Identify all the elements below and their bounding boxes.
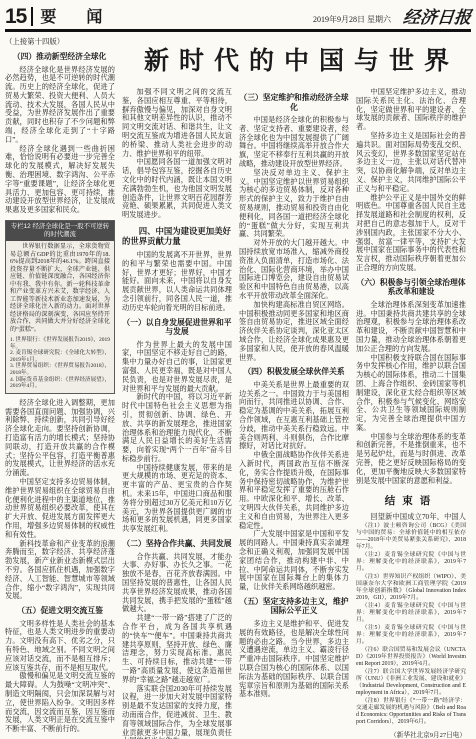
headline-zone: 新时代的中国与世界 加强不同文明之间的交流互鉴，各国应相互尊重、平等相待，摒弃傲… bbox=[122, 36, 471, 739]
paragraph: （注7）联合国大学世界发展经济学研究所（UNU）《非洲工业发展、建设和就业》（I… bbox=[356, 669, 466, 697]
paragraph: 全球治理体系深刻变革加速推进。中国秉持共商共建共享的全球治理观，积极参与全球治理… bbox=[356, 301, 466, 354]
sidebar-box: 专栏12 经济全球化是一股不可逆转的时代潮流 世界银行数据显示，全球货物贸易总额… bbox=[5, 220, 115, 394]
main-headline: 新时代的中国与世界 bbox=[122, 36, 471, 88]
column-2: 加强不同文明之间的交流互鉴，各国应相互尊重、平等相待，摒弃傲慢与偏见，加深对自身… bbox=[122, 88, 232, 739]
conclusion-heading: 结束语 bbox=[356, 493, 466, 508]
footnotes-list: （注1）波士顿咨询公司（BCG）《美国与中国的贸易：全球价值链中的相互依存——2… bbox=[356, 523, 466, 726]
paragraph: 合作共赢、共同发展，才能办大事、办好事、办长久之事。一花独放不是春，百花齐放春满… bbox=[122, 553, 232, 615]
paragraph: 新时代的中国，将以习近平新时代中国特色社会主义思想为指引，贯彻创新、协调、绿色、… bbox=[122, 393, 232, 463]
paragraph: 作为世界上最大的发展中国家，中国坚定不移走好自己的路，集中力量办好自己的事，让国… bbox=[122, 341, 232, 394]
paragraph: （注2）麦肯锡全球研究院《中国与世界：理解变化中的经济联系》，2019年7月。 bbox=[356, 552, 466, 573]
newspaper-masthead: 经济日报 bbox=[402, 9, 472, 27]
subsection-heading-4: （四）推动新型经济全球化 bbox=[5, 52, 115, 62]
paragraph: 经济全球化是世界经济发展的必然趋势，也是不可逆转的时代潮流。历史上的经济全球化，… bbox=[5, 66, 115, 145]
paragraph: 中国坚定维护多边主义，推动国际关系民主化、法治化、合理化，坚定做世界和平的建设者… bbox=[356, 88, 466, 132]
col3-paragraphs-b: 中美关系是世界上最重要的双边关系之一。中国致力于与美国相向而行，共同推进以协调、… bbox=[239, 381, 349, 592]
paragraph: 经济全球化进入调整期，更加需要各国直面问题、加强协调，兴利除弊、持续创新，共同引… bbox=[5, 399, 115, 478]
paragraph: 坚持多边主义是国际社会的普遍共识。面对国际局势变乱交织、风云变幻，世界多数国家坚… bbox=[356, 132, 466, 194]
subsection-heading-4-3: （三）坚定维护和推动经济全球化 bbox=[239, 93, 349, 112]
col2-paragraphs-c: 合作共赢、共同发展，才能办大事、办好事、办长久之事。一花独放不是春，百花齐放春满… bbox=[122, 553, 232, 739]
paragraph: 对外开放的大门越开越大。中国持续放宽市场准入，缩减外商投资准入负面清单，打造市场… bbox=[239, 239, 349, 301]
paragraph: 新科技革命和产业变革的浪潮奔腾而至，数字经济、共享经济蓬勃发展，新产业新业态新模… bbox=[5, 540, 115, 602]
paragraph: （注5）麦肯锡全球研究院《中国与世界：理解变化中的经济联系》，2019年7月。 bbox=[356, 625, 466, 646]
footnotes-block: （注1）波士顿咨询公司（BCG）《美国与中国的贸易：全球价值链中的相互依存——2… bbox=[356, 520, 466, 739]
paragraph: 坚决反对单边主义、保护主义。中国坚定维护以世界贸易组织为核心的多边贸易体制，反对… bbox=[239, 169, 349, 239]
paragraph: （注6）联合国贸易和发展会议（UNCTAD）《2019年世界投资报告》（Worl… bbox=[356, 647, 466, 668]
paragraph: 中国积极支持联合国在国际事务中发挥核心作用，维护以联合国为核心的国际体系，推动二… bbox=[356, 354, 466, 433]
publication-date: 2019年9月28日 星期六 bbox=[313, 15, 391, 27]
paragraph: （注1）波士顿咨询公司（BCG）《美国与中国的贸易：全球价值链中的相互依存——2… bbox=[356, 523, 466, 551]
paragraph: （注3）世界知识产权组织（WIPO）、美国康奈尔大学和欧洲工商管理学院《2019… bbox=[356, 574, 466, 602]
sidebar-box-body: 世界银行数据显示，全球货物贸易总额占GDP的比重由1970年的18.6%提高到2… bbox=[6, 241, 114, 336]
col1-paragraphs-c: 文明多样性是人类社会的基本特征，也是人类文明进步的重要动力。文明没有高下、优劣之… bbox=[5, 620, 115, 734]
paragraph: 2. 麦肯锡全球研究院：《全球化大转型》，2019年1月。 bbox=[10, 350, 110, 363]
col3-paragraphs-c: 多边主义是维护和平、促进发展的有效路径，也是解决全球性问题的必由之路。当今世界，… bbox=[239, 620, 349, 699]
section-name: 要 闻 bbox=[40, 9, 115, 27]
page-header: 15 要 闻 2019年9月28日 星期六 经济日报 bbox=[5, 4, 471, 27]
sidebar-box-title: 专栏12 经济全球化是一股不可逆转的时代潮流 bbox=[6, 221, 114, 241]
paragraph: （注8）世界银行《“一带一路”经济学：交通走廊发展的机遇与风险》（Belt an… bbox=[356, 698, 466, 726]
subsection-heading-4-2: （二）坚持合作共赢、共同发展 bbox=[122, 539, 232, 549]
paragraph: 中国坚定支持多边贸易体制，维护世界贸易组织在全球贸易自由化便利化进程中的主渠道地… bbox=[5, 478, 115, 540]
section-4-intro: 中国的发展离不开世界，世界的和平与繁荣也需要中国。中国好，世界才更好；世界好，中… bbox=[122, 251, 232, 313]
paragraph: 中国参与全球治理体系的变革和创新完善，不是推倒重来，也不是另起炉灶，而是与时俱进… bbox=[356, 433, 466, 486]
paragraph: 共建“一带一路”搭建了广泛的合作平台，成为各国共享机遇的“快车”“便车”。中国秉… bbox=[122, 614, 232, 684]
paragraph: 傲慢和偏见是文明交流互鉴的最大障碍。人为鼓噪“文明冲突”、制造文明隔阂，只会加深… bbox=[5, 672, 115, 734]
paragraph: 维护公平正义是中国外交的鲜明底色。中国尊重各国人民自主选择发展道路和社会制度的权… bbox=[356, 194, 466, 273]
paragraph: 4. 国际货币基金组织：《世界经济展望》，2019年4月。 bbox=[10, 377, 110, 390]
paragraph: 中国持续健康发展，带来的是更大规模的市场、更充足的资本、更丰富的产品、更宝贵的合… bbox=[122, 464, 232, 534]
col2-paragraphs-a: 加强不同文明之间的交流互鉴，各国应相互尊重、平等相待，摒弃傲慢与偏见，加深对自身… bbox=[122, 88, 232, 220]
paragraph: 中国愿同各国一道加强文明对话，倡导包容互鉴，挖掘各自历史文化中的时代内涵，既让本… bbox=[122, 158, 232, 220]
paragraph: 加强不同文明之间的交流互鉴，各国应相互尊重、平等相待，摒弃傲慢与偏见，加深对自身… bbox=[122, 88, 232, 158]
col2-paragraphs-b: 作为世界上最大的发展中国家，中国坚定不移走好自己的路，集中力量办好自己的事，让国… bbox=[122, 341, 232, 535]
article-body: （上接第十四版） （四）推动新型经济全球化 经济全球化是世界经济发展的必然趋势，… bbox=[5, 36, 471, 739]
col1-paragraphs-a: 经济全球化是世界经济发展的必然趋势，也是不可逆转的时代潮流。历史上的经济全球化，… bbox=[5, 66, 115, 216]
paragraph: 文明多样性是人类社会的基本特征，也是人类文明进步的重要动力。文明没有高下、优劣之… bbox=[5, 620, 115, 673]
subsection-heading-4-1: （一）以自身发展促进世界和平与发展 bbox=[122, 318, 232, 337]
paragraph: 多边主义是维护和平、促进发展的有效路径，也是解决全球性问题的必由之路。当今世界，… bbox=[239, 620, 349, 699]
subsection-heading-5: （五）促进文明交流互鉴 bbox=[5, 606, 115, 616]
paragraph: 广大发展中国家是中国和平发展的同路人。中国秉持真实亲诚理念和正确义利观，加强同发… bbox=[239, 530, 349, 592]
col3-paragraphs-a: 中国是经济全球化的积极参与者、坚定支持者、重要建设者，经济全球化也为中国发展提供… bbox=[239, 116, 349, 362]
header-rule bbox=[5, 29, 471, 32]
paragraph: 中国是经济全球化的积极参与者、坚定支持者、重要建设者，经济全球化也为中国发展提供… bbox=[239, 116, 349, 169]
column-4: 中国坚定维护多边主义，推动国际关系民主化、法治化、合理化，坚定做世界和平的建设者… bbox=[356, 88, 466, 739]
paragraph: 经济全球化遇到一些曲折困难，恰恰说明有必要进一步完善全球化的发展模式，解决好发展… bbox=[5, 145, 115, 215]
paragraph: 中俄全面战略协作伙伴关系进入新时代，两国政治互信不断深化，务实合作提质升级，在国… bbox=[239, 451, 349, 530]
paragraph: 3. 世界贸易组织：《世界贸易报告2018》，2018年。 bbox=[10, 363, 110, 376]
paragraph: 中美关系是世界上最重要的双边关系之一。中国致力于与美国相向而行，共同推进以协调、… bbox=[239, 381, 349, 451]
col1-paragraphs-b: 经济全球化进入调整期，更加需要各国直面问题、加强协调，兴利除弊、持续创新，共同引… bbox=[5, 399, 115, 601]
header-divider bbox=[31, 7, 33, 26]
news-agency-credit: （新华社北京9月27日电） bbox=[356, 729, 466, 739]
paragraph: （注4）麦肯锡全球研究院《中国与世界：理解变化中的经济联系》，2019年7月。 bbox=[356, 603, 466, 624]
col4-paragraphs-a: 中国坚定维护多边主义，推动国际关系民主化、法治化、合理化，坚定做世界和平的建设者… bbox=[356, 88, 466, 273]
column-1: （上接第十四版） （四）推动新型经济全球化 经济全球化是世界经济发展的必然趋势，… bbox=[5, 36, 115, 739]
paragraph: 1. 世界银行：《世界发展报告2019》，2019年。 bbox=[10, 337, 110, 350]
paragraph: 加快构建高标准自贸区网络。中国积极推动同更多国家和地区商签自由贸易协定，推进区域… bbox=[239, 301, 349, 363]
subsection-heading-4-6: （六）积极参与引领全球治理体系改革和建设 bbox=[356, 278, 466, 297]
page-number: 15 bbox=[5, 6, 26, 27]
continued-from-tag: （上接第十四版） bbox=[5, 36, 115, 47]
section-4-title: 四、中国为建设更加美好的世界贡献力量 bbox=[122, 226, 232, 247]
paragraph: 落实联合国2030年可持续发展议程，进一步加大对发展中国家特别是最不发达国家的支… bbox=[122, 685, 232, 739]
subsection-heading-4-5: （五）坚定支持多边主义，维护国际公平正义 bbox=[239, 597, 349, 616]
column-3: （三）坚定维护和推动经济全球化 中国是经济全球化的积极参与者、坚定支持者、重要建… bbox=[239, 88, 349, 739]
col4-paragraphs-b: 全球治理体系深刻变革加速推进。中国秉持共商共建共享的全球治理观，积极参与全球治理… bbox=[356, 301, 466, 486]
subsection-heading-4-4: （四）积极发展全球伙伴关系 bbox=[239, 367, 349, 377]
newspaper-page: 15 要 闻 2019年9月28日 星期六 经济日报 （上接第十四版） （四）推… bbox=[0, 0, 476, 739]
sidebar-box-notes: 1. 世界银行：《世界发展报告2019》，2019年。2. 麦肯锡全球研究院：《… bbox=[6, 336, 114, 393]
